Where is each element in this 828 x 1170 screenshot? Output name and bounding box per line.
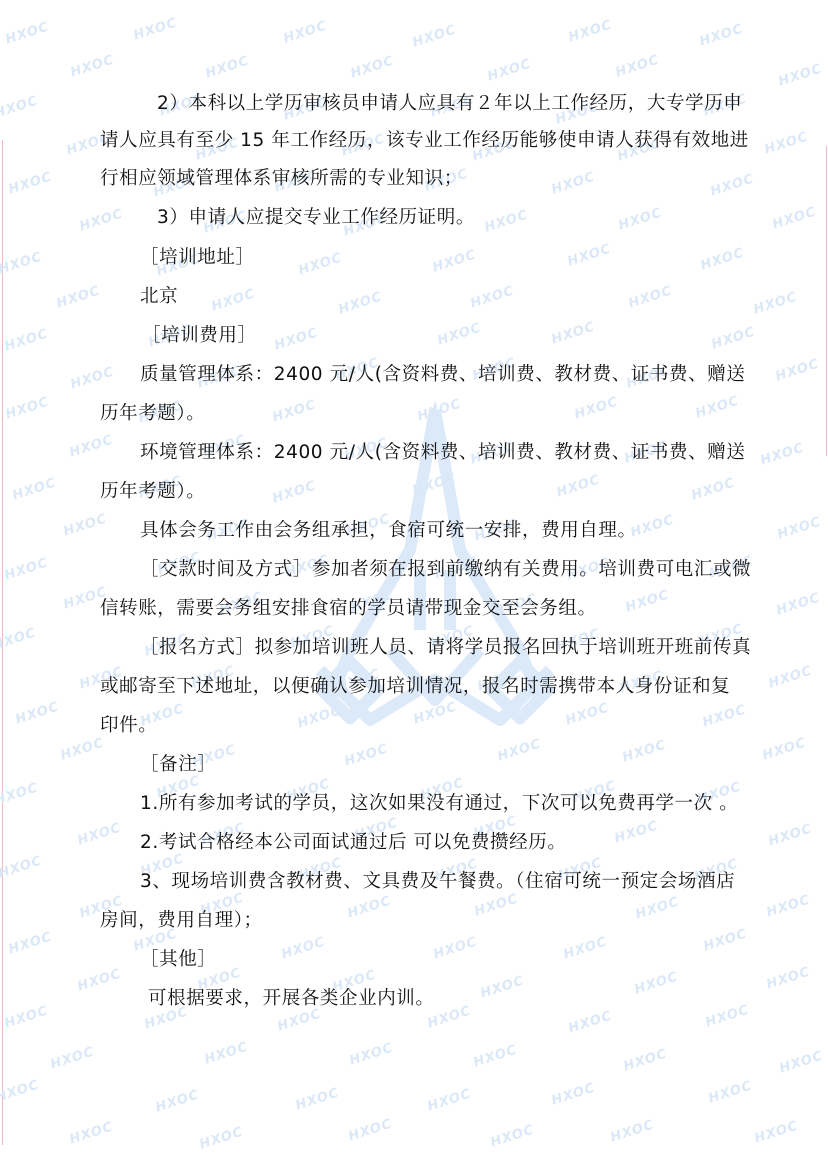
watermark-text: HXOC bbox=[59, 736, 106, 764]
watermark-text: HXOC bbox=[297, 250, 344, 278]
watermark-text: HXOC bbox=[766, 821, 813, 849]
watermark-text: HXOC bbox=[549, 1081, 596, 1109]
watermark-text: HXOC bbox=[273, 325, 320, 353]
text-line: ［培训地址］ bbox=[140, 246, 255, 270]
watermark-text: HXOC bbox=[209, 287, 256, 315]
right-margin-line bbox=[826, 146, 827, 456]
watermark-text: HXOC bbox=[69, 364, 116, 392]
watermark-text: HXOC bbox=[694, 393, 741, 421]
watermark-text: HXOC bbox=[426, 1087, 473, 1115]
watermark-text: HXOC bbox=[0, 249, 44, 277]
watermark-text: HXOC bbox=[154, 1087, 201, 1115]
watermark-text: HXOC bbox=[690, 475, 737, 503]
watermark-text: HXOC bbox=[271, 478, 318, 506]
watermark-text: HXOC bbox=[411, 470, 458, 498]
watermark-text: HXOC bbox=[296, 703, 343, 731]
watermark-text: HXOC bbox=[431, 248, 478, 276]
watermark-text: HXOC bbox=[572, 395, 619, 423]
watermark-text: HXOC bbox=[49, 1044, 96, 1072]
watermark-text: HXOC bbox=[431, 935, 478, 963]
watermark-text: HXOC bbox=[566, 18, 613, 46]
watermark-text: HXOC bbox=[759, 441, 806, 469]
watermark-text: HXOC bbox=[75, 967, 122, 995]
watermark-text: HXOC bbox=[760, 736, 807, 764]
watermark-text: HXOC bbox=[774, 357, 821, 385]
text-line: 信转账，需要会务组安排食宿的学员请带现金交至会务组。 bbox=[100, 597, 597, 621]
watermark-text: HXOC bbox=[765, 964, 812, 992]
text-line: 北京 bbox=[140, 285, 178, 309]
watermark-text: HXOC bbox=[345, 893, 392, 921]
text-line: 行相应领域管理体系审核所需的专业知识； bbox=[100, 167, 463, 191]
watermark-text: HXOC bbox=[624, 588, 671, 616]
watermark-text: HXOC bbox=[416, 396, 463, 424]
watermark-text: HXOC bbox=[710, 324, 757, 352]
watermark-text: HXOC bbox=[282, 18, 329, 46]
watermark-text: HXOC bbox=[777, 61, 824, 89]
watermark-text: HXOC bbox=[471, 1042, 518, 1070]
watermark-text: HXOC bbox=[614, 52, 661, 80]
text-line: 具体会务工作由会务组承担，食宿可统一安排，费用自理。 bbox=[140, 519, 637, 543]
watermark-text: HXOC bbox=[2, 326, 49, 354]
watermark-text: HXOC bbox=[752, 1119, 799, 1147]
watermark-text: HXOC bbox=[3, 19, 50, 47]
text-line: ［培训费用］ bbox=[142, 324, 257, 348]
watermark-text: HXOC bbox=[7, 929, 54, 957]
watermark-text: HXOC bbox=[203, 1039, 250, 1067]
watermark-text: HXOC bbox=[613, 819, 660, 847]
watermark-text: HXOC bbox=[204, 54, 251, 82]
watermark-text: HXOC bbox=[436, 320, 483, 348]
text-line: 2.考试合格经本公司面试通过后 可以免费攒经历。 bbox=[140, 831, 566, 855]
watermark-text: HXOC bbox=[565, 242, 612, 270]
text-line: ［交款时间及方式］参加者须在报到前缴纳有关费用。培训费可电汇或微 bbox=[140, 558, 751, 582]
text-line: 环境管理体系：2400 元/人(含资料费、培训费、教材费、证书费、赠送 bbox=[140, 441, 745, 465]
watermark-text: HXOC bbox=[3, 1003, 50, 1031]
watermark-text: HXOC bbox=[472, 891, 519, 919]
watermark-text: HXOC bbox=[562, 934, 609, 962]
watermark-text: HXOC bbox=[765, 893, 812, 921]
watermark-text: HXOC bbox=[482, 208, 529, 236]
text-line: 质量管理体系：2400 元/人(含资料费、培训费、教材费、证书费、赠送 bbox=[140, 363, 745, 387]
watermark-text: HXOC bbox=[617, 206, 664, 234]
watermark-text: HXOC bbox=[707, 1078, 754, 1106]
watermark-text: HXOC bbox=[347, 1117, 394, 1145]
watermark-text: HXOC bbox=[347, 1040, 394, 1068]
watermark-text: HXOC bbox=[411, 22, 458, 50]
watermark-text: HXOC bbox=[697, 21, 744, 49]
watermark-text: HXOC bbox=[751, 289, 798, 317]
watermark-text: HXOC bbox=[62, 511, 109, 539]
text-line: 印件。 bbox=[100, 714, 157, 738]
watermark-text: HXOC bbox=[10, 476, 57, 504]
watermark-text: HXOC bbox=[771, 205, 818, 233]
watermark-text: HXOC bbox=[198, 1125, 245, 1153]
watermark-text: HXOC bbox=[68, 432, 115, 460]
watermark-text: HXOC bbox=[271, 397, 318, 425]
watermark-text: HXOC bbox=[0, 853, 45, 881]
text-line: ［备注］ bbox=[140, 753, 216, 777]
watermark-text: HXOC bbox=[479, 973, 526, 1001]
watermark-text: HXOC bbox=[77, 207, 124, 235]
watermark-text: HXOC bbox=[622, 1046, 669, 1074]
text-line: 可根据要求，开展各类企业内训。 bbox=[148, 987, 435, 1011]
watermark-text: HXOC bbox=[0, 781, 40, 809]
text-line: 1.所有参加考试的学员，这次如果没有通过，下次可以免费再学一次 。 bbox=[140, 792, 738, 816]
watermark-text: HXOC bbox=[566, 1008, 613, 1036]
watermark-text: HXOC bbox=[342, 741, 389, 769]
watermark-text: HXOC bbox=[4, 394, 51, 422]
watermark-text: HXOC bbox=[55, 283, 102, 311]
watermark-text: HXOC bbox=[469, 283, 516, 311]
watermark-text: HXOC bbox=[554, 472, 601, 500]
watermark-text: HXOC bbox=[3, 555, 50, 583]
watermark-text: HXOC bbox=[0, 1077, 41, 1105]
watermark-text: HXOC bbox=[337, 289, 384, 317]
watermark-text: HXOC bbox=[550, 319, 597, 347]
left-margin-line bbox=[2, 140, 3, 1145]
text-line: 历年考题）。 bbox=[100, 480, 205, 504]
watermark-text: HXOC bbox=[294, 1085, 341, 1113]
text-line: 历年考题）。 bbox=[100, 402, 205, 426]
watermark-text: HXOC bbox=[132, 16, 179, 44]
watermark-text: HXOC bbox=[69, 52, 116, 80]
watermark-text: HXOC bbox=[709, 172, 756, 200]
text-line: 请人应具有至少 15 年工作经历，该专业工作经历能够使申请人获得有效地进 bbox=[100, 129, 749, 153]
document-page: HXOCHXOCHXOCHXOCHXOCHXOCHXOCHXOCHXOCHXOC… bbox=[0, 0, 828, 1170]
watermark-text: HXOC bbox=[68, 1119, 115, 1147]
watermark-text: HXOC bbox=[626, 284, 673, 312]
text-line: 或邮寄至下述地址，以便确认参加培训情况，报名时需携带本人身份证和复 bbox=[100, 675, 730, 699]
watermark-text: HXOC bbox=[411, 699, 458, 727]
watermark-text: HXOC bbox=[349, 53, 396, 81]
watermark-text: HXOC bbox=[704, 1002, 751, 1030]
watermark-text: HXOC bbox=[633, 970, 680, 998]
watermark-text: HXOC bbox=[496, 736, 543, 764]
watermark-text: HXOC bbox=[701, 703, 748, 731]
watermark-text: HXOC bbox=[609, 1118, 656, 1146]
watermark-text: HXOC bbox=[775, 591, 822, 619]
watermark-text: HXOC bbox=[14, 699, 61, 727]
watermark-text: HXOC bbox=[7, 169, 54, 197]
text-line: 房间，费用自理）； bbox=[100, 909, 263, 933]
text-line: 2）本科以上学历审核员申请人应具有２年以上工作经历，大专学历申 bbox=[157, 92, 742, 116]
text-line: ［其他］ bbox=[140, 948, 216, 972]
watermark-text: HXOC bbox=[486, 56, 533, 84]
watermark-text: HXOC bbox=[489, 1122, 536, 1150]
watermark-text: HXOC bbox=[0, 625, 38, 653]
watermark-text: HXOC bbox=[698, 245, 745, 273]
text-line: ［报名方式］拟参加培训班人员、请将学员报名回执于培训班开班前传真 bbox=[140, 636, 751, 660]
watermark-text: HXOC bbox=[634, 895, 681, 923]
watermark-text: HXOC bbox=[763, 130, 810, 158]
watermark-text: HXOC bbox=[0, 94, 40, 122]
watermark-text: HXOC bbox=[550, 170, 597, 198]
watermark-text: HXOC bbox=[767, 663, 814, 691]
text-line: 3、现场培训费含教材费、文具费及午餐费。（住宿可统一预定会场酒店 bbox=[140, 870, 735, 894]
watermark-text: HXOC bbox=[702, 926, 749, 954]
watermark-text: HXOC bbox=[563, 700, 610, 728]
watermark-text: HXOC bbox=[776, 514, 823, 542]
watermark-text: HXOC bbox=[621, 738, 668, 766]
watermark-text: HXOC bbox=[778, 1048, 825, 1076]
watermark-text: HXOC bbox=[280, 935, 327, 963]
text-line: 3）申请人应提交专业工作经历证明。 bbox=[157, 206, 475, 230]
watermark-text: HXOC bbox=[75, 821, 122, 849]
